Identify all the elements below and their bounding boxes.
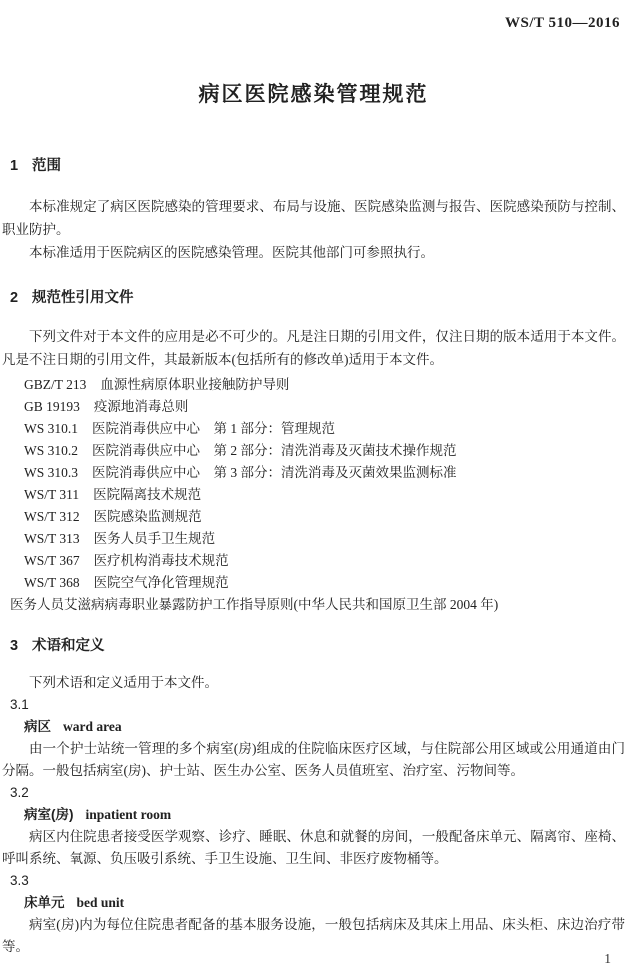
reference-code: WS/T 367 xyxy=(24,553,80,568)
reference-title: 疫源地消毒总则 xyxy=(94,399,189,414)
section-heading-scope: 1范围 xyxy=(2,158,625,174)
reference-title: 医务人员艾滋病病毒职业暴露防护工作指导原则(中华人民共和国原卫生部 2004 年… xyxy=(10,597,498,612)
reference-item: WS/T 313医务人员手卫生规范 xyxy=(2,528,625,550)
page-number: 1 xyxy=(604,951,611,967)
reference-title: 医院隔离技术规范 xyxy=(93,487,201,502)
term-entry: 3.2 病室(房)inpatient room 病区内住院患者接受医学观察、诊疗… xyxy=(2,782,625,870)
reference-code: WS 310.1 xyxy=(24,421,78,436)
reference-title: 医务人员手卫生规范 xyxy=(94,531,216,546)
term-name: 病区ward area xyxy=(2,716,625,738)
reference-code: WS 310.2 xyxy=(24,443,78,458)
reference-item: WS/T 312医院感染监测规范 xyxy=(2,506,625,528)
scope-paragraph: 本标准适用于医院病区的医院感染管理。医院其他部门可参照执行。 xyxy=(2,241,625,264)
reference-item: WS/T 311医院隔离技术规范 xyxy=(2,484,625,506)
term-name: 床单元bed unit xyxy=(2,892,625,914)
document-page: WS/T 510—2016 病区医院感染管理规范 1范围 本标准规定了病区医院感… xyxy=(0,0,641,979)
clause-number: 3 xyxy=(10,638,32,654)
reference-item: WS 310.1医院消毒供应中心 第 1 部分：管理规范 xyxy=(2,418,625,440)
reference-item: WS 310.2医院消毒供应中心 第 2 部分：清洗消毒及灭菌技术操作规范 xyxy=(2,440,625,462)
term-name-en: ward area xyxy=(63,719,122,734)
reference-title: 医院消毒供应中心 第 1 部分：管理规范 xyxy=(92,421,335,436)
reference-item: GB 19193疫源地消毒总则 xyxy=(2,396,625,418)
term-name-zh: 病区 xyxy=(24,719,51,734)
terms-intro: 下列术语和定义适用于本文件。 xyxy=(2,671,625,694)
term-name-zh: 病室(房) xyxy=(24,807,74,822)
clause-title: 范围 xyxy=(32,158,61,174)
term-definition: 病室(房)内为每位住院患者配备的基本服务设施，一般包括病床及其床上用品、床头柜、… xyxy=(2,914,625,958)
reference-code: GB 19193 xyxy=(24,399,80,414)
reference-title: 医疗机构消毒技术规范 xyxy=(94,553,229,568)
reference-title: 血源性病原体职业接触防护导则 xyxy=(100,377,289,392)
reference-code: WS/T 313 xyxy=(24,531,80,546)
term-name-zh: 床单元 xyxy=(24,895,65,910)
reference-title: 医院消毒供应中心 第 2 部分：清洗消毒及灭菌技术操作规范 xyxy=(92,443,457,458)
standard-code: WS/T 510—2016 xyxy=(2,14,625,32)
reference-title: 医院消毒供应中心 第 3 部分：清洗消毒及灭菌效果监测标准 xyxy=(92,465,457,480)
reference-code: WS/T 311 xyxy=(24,487,79,502)
section-heading-normative-refs: 2规范性引用文件 xyxy=(2,290,625,306)
document-title: 病区医院感染管理规范 xyxy=(2,82,625,108)
term-name-en: inpatient room xyxy=(86,807,172,822)
term-name: 病室(房)inpatient room xyxy=(2,804,625,826)
term-name-en: bed unit xyxy=(77,895,125,910)
reference-list: GBZ/T 213血源性病原体职业接触防护导则 GB 19193疫源地消毒总则 … xyxy=(2,374,625,616)
term-definition: 病区内住院患者接受医学观察、诊疗、睡眠、休息和就餐的房间，一般配备床单元、隔离帘… xyxy=(2,826,625,870)
reference-code: GBZ/T 213 xyxy=(24,377,86,392)
term-number: 3.2 xyxy=(2,782,625,804)
reference-item: WS/T 367医疗机构消毒技术规范 xyxy=(2,550,625,572)
clause-number: 2 xyxy=(10,290,32,306)
reference-title: 医院空气净化管理规范 xyxy=(94,575,229,590)
clause-title: 术语和定义 xyxy=(32,638,105,654)
reference-item-uncoded: 医务人员艾滋病病毒职业暴露防护工作指导原则(中华人民共和国原卫生部 2004 年… xyxy=(2,594,625,616)
clause-title: 规范性引用文件 xyxy=(32,290,134,306)
reference-code: WS/T 312 xyxy=(24,509,80,524)
clause-number: 1 xyxy=(10,158,32,174)
term-definition: 由一个护士站统一管理的多个病室(房)组成的住院临床医疗区域，与住院部公用区域或公… xyxy=(2,738,625,782)
term-entry: 3.3 床单元bed unit 病室(房)内为每位住院患者配备的基本服务设施，一… xyxy=(2,870,625,958)
term-entry: 3.1 病区ward area 由一个护士站统一管理的多个病室(房)组成的住院临… xyxy=(2,694,625,782)
scope-paragraph: 本标准规定了病区医院感染的管理要求、布局与设施、医院感染监测与报告、医院感染预防… xyxy=(2,195,625,241)
reference-code: WS 310.3 xyxy=(24,465,78,480)
section-heading-terms: 3术语和定义 xyxy=(2,638,625,654)
reference-item: WS/T 368医院空气净化管理规范 xyxy=(2,572,625,594)
reference-item: WS 310.3医院消毒供应中心 第 3 部分：清洗消毒及灭菌效果监测标准 xyxy=(2,462,625,484)
reference-title: 医院感染监测规范 xyxy=(94,509,202,524)
term-number: 3.1 xyxy=(2,694,625,716)
term-number: 3.3 xyxy=(2,870,625,892)
normative-refs-intro: 下列文件对于本文件的应用是必不可少的。凡是注日期的引用文件，仅注日期的版本适用于… xyxy=(2,325,625,371)
reference-code: WS/T 368 xyxy=(24,575,80,590)
reference-item: GBZ/T 213血源性病原体职业接触防护导则 xyxy=(2,374,625,396)
